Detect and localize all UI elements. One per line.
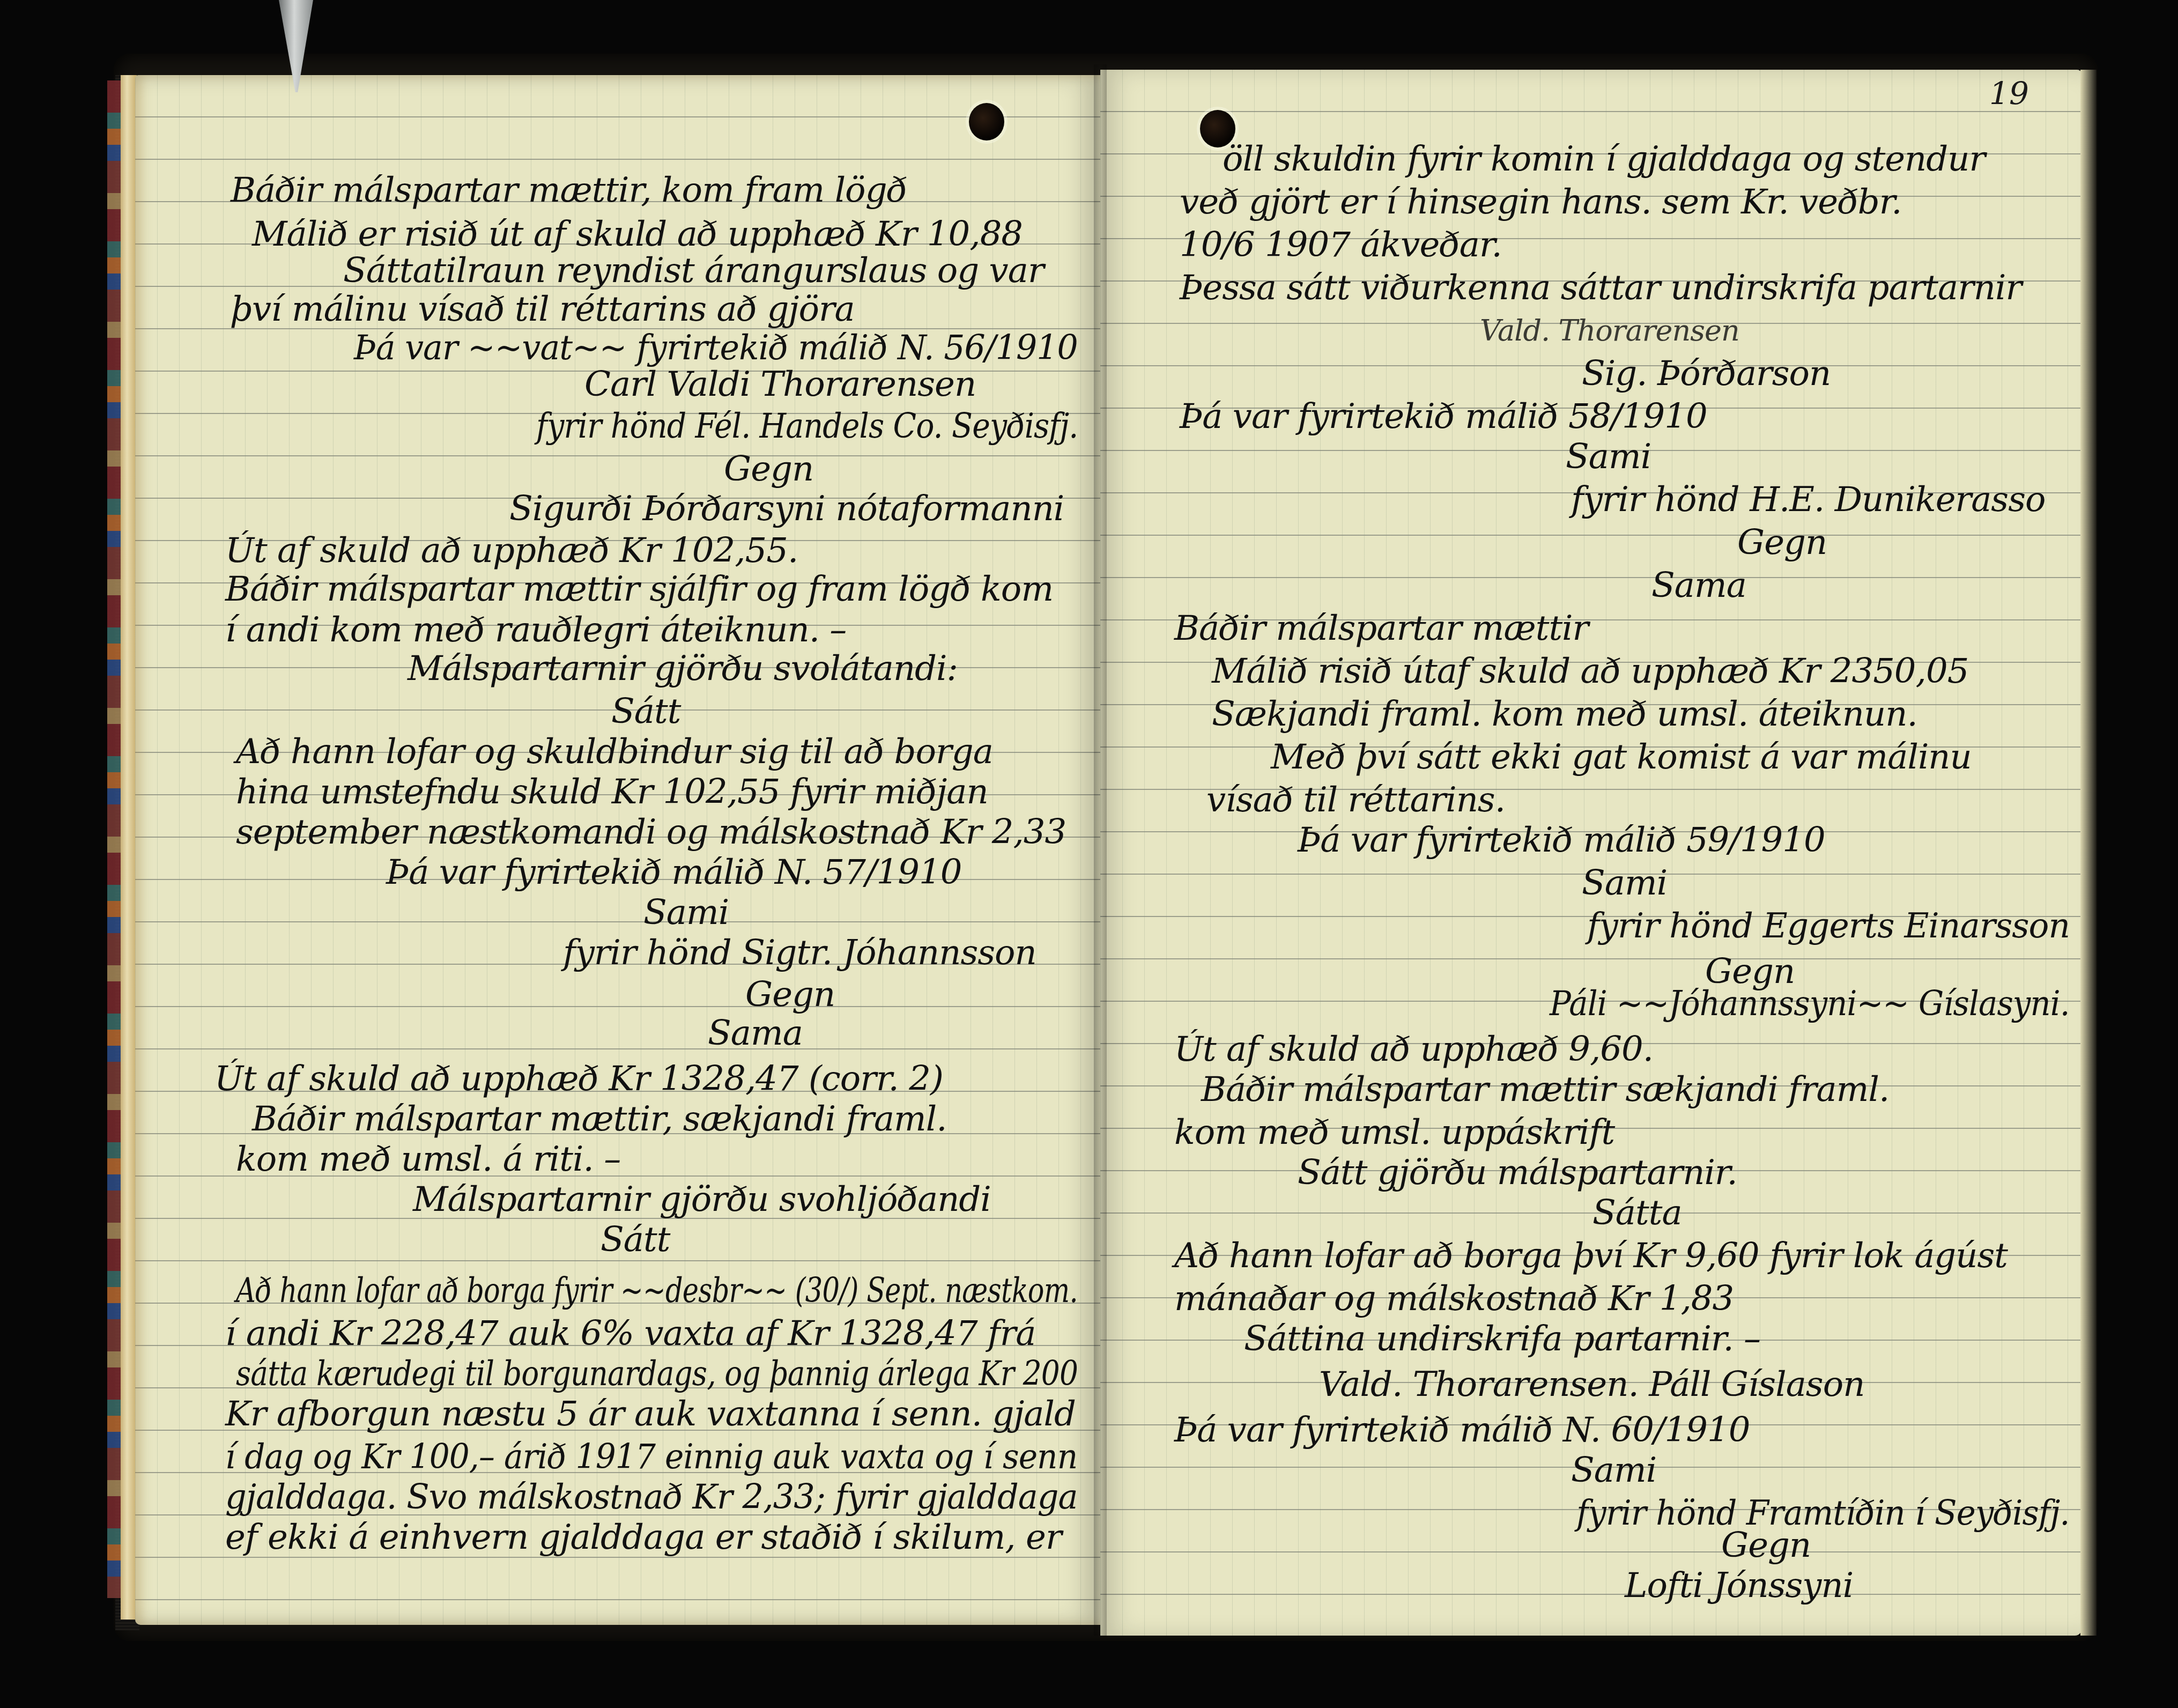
ledger-line: Kr afborgun næstu 5 ár auk vaxtanna í se… bbox=[225, 1394, 1076, 1434]
ledger-line: hina umstefndu skuld Kr 102,55 fyrir mið… bbox=[236, 772, 988, 812]
ledger-line: Málið er risið út af skuld að upphæð Kr … bbox=[252, 215, 1023, 254]
ledger-line: Sátta bbox=[1592, 1193, 1682, 1233]
ledger-line: Gegn bbox=[745, 975, 835, 1015]
ledger-line: í dag og Kr 100,– árið 1917 einnig auk v… bbox=[225, 1437, 1077, 1477]
page-number: 19 bbox=[1989, 75, 2029, 112]
ledger-line: fyrir hönd H.E. Dunikerasso bbox=[1571, 480, 2046, 520]
ledger-line: fyrir hönd Sigtr. Jóhannsson bbox=[563, 933, 1036, 973]
ledger-line: Sátt bbox=[601, 1220, 670, 1260]
ledger-line: veð gjört er í hinsegin hans. sem Kr. ve… bbox=[1180, 182, 1902, 222]
signature: Sig. Þórðarson bbox=[1582, 354, 1831, 394]
ledger-line: Sátt bbox=[611, 692, 680, 731]
ledger-line: september næstkomandi og málskostnað Kr … bbox=[236, 812, 1066, 852]
ledger-line: Þá var fyrirtekið málið 58/1910 bbox=[1180, 397, 1707, 437]
page-edges bbox=[121, 75, 137, 1620]
ledger-line: Báðir málspartar mættir bbox=[1174, 609, 1588, 648]
ledger-line: Sækjandi framl. kom með umsl. áteiknun. bbox=[1212, 694, 1917, 734]
signature: Vald. Thorarensen bbox=[1480, 314, 1739, 347]
ledger-line: Báðir málspartar mættir, sækjandi framl. bbox=[252, 1099, 947, 1139]
ledger-line: Með því sátt ekki gat komist á var málin… bbox=[1271, 737, 1972, 777]
ledger-line: Sami bbox=[643, 893, 729, 933]
ledger-line: Málspartarnir gjörðu svohljóðandi bbox=[413, 1180, 991, 1219]
ledger-line: Út af skuld að upphæð Kr 1328,47 (corr. … bbox=[214, 1059, 943, 1099]
ledger-line: fyrir hönd Eggerts Einarsson bbox=[1587, 906, 2070, 946]
ledger-line: Sami bbox=[1571, 1451, 1656, 1490]
ledger-line: Gegn bbox=[1737, 523, 1827, 563]
ledger-line: Gegn bbox=[1721, 1526, 1811, 1565]
ledger-line: Þá var fyrirtekið málið N. 57/1910 bbox=[386, 853, 961, 892]
ledger-line: Sátt gjörðu málspartarnir. bbox=[1298, 1153, 1737, 1193]
ledger-line: í andi Kr 228,47 auk 6% vaxta af Kr 1328… bbox=[225, 1314, 1035, 1354]
ledger-line: fyrir hönd Fél. Handels Co. Seyðisfj. bbox=[536, 406, 1078, 446]
ledger-line: ef ekki á einhvern gjalddaga er staðið í… bbox=[225, 1518, 1061, 1557]
ledger-line: Að hann lofar og skuldbindur sig til að … bbox=[236, 732, 993, 772]
ledger-line: Báðir málspartar mættir sækjandi framl. bbox=[1201, 1070, 1889, 1110]
ledger-line: Sigurði Þórðarsyni nótaformanni bbox=[509, 489, 1064, 529]
ledger-line: Sáttina undirskrifa partarnir. – bbox=[1244, 1319, 1760, 1359]
signature: Vald. Thorarensen. Páll Gíslason bbox=[1319, 1365, 1864, 1404]
ledger-line: Þá var ~~vat~~ fyrirtekið málið N. 56/19… bbox=[354, 328, 1078, 368]
ledger-line: mánaðar og málskostnað Kr 1,83 bbox=[1174, 1279, 1733, 1319]
ledger-line: Málið risið útaf skuld að upphæð Kr 2350… bbox=[1212, 652, 1968, 691]
ledger-line: öll skuldin fyrir komin í gjalddaga og s… bbox=[1223, 139, 1985, 179]
ledger-line: Sami bbox=[1566, 437, 1651, 477]
ledger-line: vísað til réttarins. bbox=[1206, 780, 1505, 820]
ledger-line: kom með umsl. uppáskrift bbox=[1174, 1113, 1614, 1152]
ledger-line: Að hann lofar að borga fyrir ~~desbr~~ (… bbox=[236, 1271, 1078, 1311]
ledger-line: Carl Valdi Thorarensen bbox=[584, 365, 976, 404]
ledger-line: Út af skuld að upphæð Kr 102,55. bbox=[225, 531, 798, 571]
ledger-line: Að hann lofar að borga því Kr 9,60 fyrir… bbox=[1174, 1236, 2007, 1276]
ledger-line: gjalddaga. Svo málskostnað Kr 2,33; fyri… bbox=[225, 1477, 1078, 1517]
ledger-line: Páli ~~Jóhannssyni~~ Gíslasyni. bbox=[1550, 984, 2070, 1024]
ledger-line: Málspartarnir gjörðu svolátandi: bbox=[408, 649, 958, 689]
ledger-line: Gegn bbox=[724, 449, 813, 489]
ledger-line: Sama bbox=[1651, 566, 1746, 605]
ledger-line: sátta kærudegi til borgunardags, og þann… bbox=[236, 1354, 1078, 1394]
book-gutter bbox=[1094, 64, 1107, 1636]
ledger-line: 10/6 1907 ákveðar. bbox=[1180, 225, 1502, 265]
ledger-line: Sami bbox=[1582, 863, 1667, 903]
ledger-line: í andi kom með rauðlegri áteiknun. – bbox=[225, 610, 846, 650]
ledger-line: Lofti Jónssyni bbox=[1625, 1566, 1853, 1606]
ledger-line: Sáttatilraun reyndist árangurslaus og va… bbox=[343, 251, 1044, 291]
ledger-line: Þá var fyrirtekið málið N. 60/1910 bbox=[1174, 1410, 1750, 1450]
ledger-line: Þá var fyrirtekið málið 59/1910 bbox=[1298, 820, 1825, 860]
ledger-line: Sama bbox=[708, 1014, 803, 1053]
ledger-line: Út af skuld að upphæð 9,60. bbox=[1174, 1030, 1653, 1069]
right-page-edge bbox=[2080, 70, 2096, 1636]
ledger-line: því málinu vísað til réttarins að gjöra bbox=[231, 290, 855, 329]
punch-hole-left bbox=[969, 103, 1004, 141]
ledger-line: Báðir málspartar mættir sjálfir og fram … bbox=[225, 570, 1053, 609]
ledger-line: fyrir hönd Framtíðin í Seyðisfj. bbox=[1576, 1493, 2070, 1533]
ledger-line: Þessa sátt viðurkenna sáttar undirskrifa… bbox=[1180, 268, 2021, 308]
ledger-line: kom með umsl. á riti. – bbox=[236, 1140, 620, 1179]
ledger-line: Báðir málspartar mættir, kom fram lögð bbox=[231, 171, 907, 210]
